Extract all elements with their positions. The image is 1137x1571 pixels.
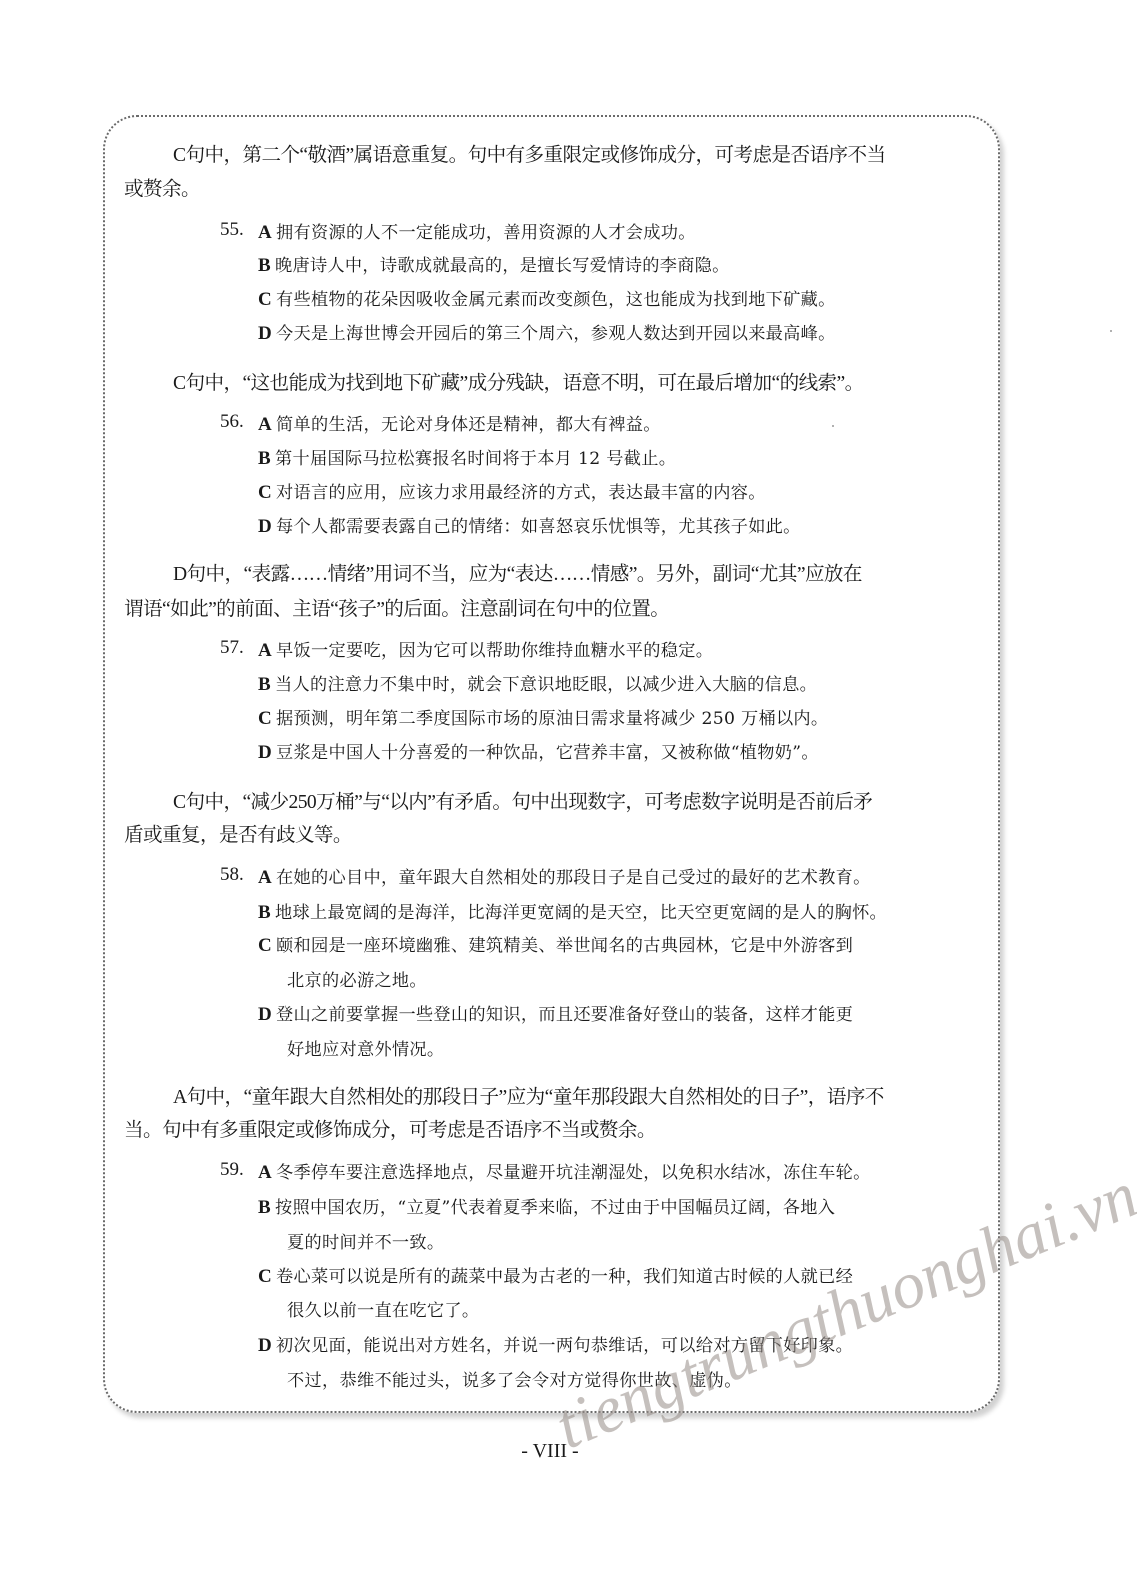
page-number: - VIII - [0, 1440, 1100, 1463]
option-letter: B [258, 448, 271, 469]
option-text: 有些植物的花朵因吸收金属元素而改变颜色，这也能成为找到地下矿藏。 [276, 290, 836, 310]
option-a: A拥有资源的人不一定能成功，善用资源的人才会成功。 [258, 218, 696, 244]
option-d: D豆浆是中国人十分喜爱的一种饮品，它营养丰富，又被称做“植物奶”。 [258, 738, 819, 764]
option-text: 对语言的应用，应该力求用最经济的方式，表达最丰富的内容。 [276, 483, 766, 503]
option-text: 按照中国农历，“立夏”代表着夏季来临，不过由于中国幅员辽阔，各地入 [275, 1198, 835, 1218]
option-letter: A [258, 867, 272, 888]
option-c: C据预测，明年第二季度国际市场的原油日需求量将减少 250 万桶以内。 [258, 704, 828, 730]
option-letter: A [258, 640, 272, 661]
option-letter: C [258, 482, 272, 503]
explanation-prev-line-1: C句中，第二个“敬酒”属语意重复。句中有多重限定或修饰成分，可考虑是否语序不当 [173, 138, 885, 167]
option-b: B晚唐诗人中，诗歌成就最高的，是擅长写爱情诗的李商隐。 [258, 251, 730, 277]
option-b: B当人的注意力不集中时，就会下意识地眨眼，以减少进入大脑的信息。 [258, 670, 817, 696]
option-text: 在她的心目中，童年跟大自然相处的那段日子是自己受过的最好的艺术教育。 [276, 868, 871, 888]
option-text: 登山之前要掌握一些登山的知识，而且还要准备好登山的装备，这样才能更 [276, 1005, 853, 1025]
option-b: B第十届国际马拉松赛报名时间将于本月 12 号截止。 [258, 444, 676, 470]
question-number: 57. [220, 637, 244, 659]
option-text: 简单的生活，无论对身体还是精神，都大有裨益。 [276, 415, 661, 435]
explanation-55: C句中，“这也能成为找到地下矿藏”成分残缺，语意不明，可在最后增加“的线索”。 [173, 366, 864, 395]
option-text: 当人的注意力不集中时，就会下意识地眨眼，以减少进入大脑的信息。 [275, 675, 817, 695]
explanation-prev-line-2: 或赘余。 [124, 172, 200, 201]
option-text: 冬季停车要注意选择地点，尽量避开坑洼潮湿处，以免积水结冰，冻住车轮。 [276, 1163, 871, 1183]
question-number: 59. [220, 1159, 244, 1181]
option-a: A在她的心目中，童年跟大自然相处的那段日子是自己受过的最好的艺术教育。 [258, 863, 871, 889]
option-text: 地球上最宽阔的是海洋，比海洋更宽阔的是天空，比天空更宽阔的是人的胸怀。 [275, 903, 887, 923]
option-c: C对语言的应用，应该力求用最经济的方式，表达最丰富的内容。 [258, 478, 766, 504]
explanation-58-line-2: 当。句中有多重限定或修饰成分，可考虑是否语序不当或赘余。 [124, 1113, 656, 1142]
option-b: B地球上最宽阔的是海洋，比海洋更宽阔的是天空，比天空更宽阔的是人的胸怀。 [258, 898, 887, 924]
question-number: 58. [220, 864, 244, 886]
option-text: 拥有资源的人不一定能成功，善用资源的人才会成功。 [276, 223, 696, 243]
option-text: 第十届国际马拉松赛报名时间将于本月 12 号截止。 [275, 449, 676, 469]
option-letter: C [258, 935, 272, 956]
option-c: C颐和园是一座环境幽雅、建筑精美、举世闻名的古典园林，它是中外游客到 [258, 931, 853, 957]
scan-speck [832, 425, 834, 427]
option-b-continuation: 夏的时间并不一致。 [287, 1228, 444, 1253]
option-b: B按照中国农历，“立夏”代表着夏季来临，不过由于中国幅员辽阔，各地入 [258, 1193, 835, 1219]
option-text: 颐和园是一座环境幽雅、建筑精美、举世闻名的古典园林，它是中外游客到 [276, 936, 853, 956]
option-letter: A [258, 414, 272, 435]
option-letter: B [258, 1197, 271, 1218]
explanation-56-line-2: 谓语“如此”的前面、主语“孩子”的后面。注意副词在句中的位置。 [124, 592, 669, 621]
scan-speck [1110, 330, 1112, 332]
question-number: 56. [220, 411, 244, 433]
option-c: C有些植物的花朵因吸收金属元素而改变颜色，这也能成为找到地下矿藏。 [258, 285, 836, 311]
option-d: D登山之前要掌握一些登山的知识，而且还要准备好登山的装备，这样才能更 [258, 1000, 853, 1026]
option-letter: A [258, 1162, 272, 1183]
option-letter: D [258, 323, 272, 344]
option-letter: D [258, 516, 272, 537]
option-letter: C [258, 289, 272, 310]
option-letter: C [258, 708, 272, 729]
option-c-continuation: 北京的必游之地。 [287, 966, 427, 991]
option-text: 豆浆是中国人十分喜爱的一种饮品，它营养丰富，又被称做“植物奶”。 [276, 743, 819, 763]
option-d: D每个人都需要表露自己的情绪：如喜怒哀乐忧惧等，尤其孩子如此。 [258, 512, 801, 538]
option-c-continuation: 很久以前一直在吃它了。 [287, 1296, 479, 1321]
option-a: A简单的生活，无论对身体还是精神，都大有裨益。 [258, 410, 661, 436]
explanation-57-line-2: 盾或重复，是否有歧义等。 [124, 818, 352, 847]
option-text: 晚唐诗人中，诗歌成就最高的，是擅长写爱情诗的李商隐。 [275, 256, 730, 276]
option-letter: D [258, 1004, 272, 1025]
option-d: D今天是上海世博会开园后的第三个周六，参观人数达到开园以来最高峰。 [258, 319, 836, 345]
option-a: A冬季停车要注意选择地点，尽量避开坑洼潮湿处，以免积水结冰，冻住车轮。 [258, 1158, 871, 1184]
option-text: 今天是上海世博会开园后的第三个周六，参观人数达到开园以来最高峰。 [276, 324, 836, 344]
option-text: 每个人都需要表露自己的情绪：如喜怒哀乐忧惧等，尤其孩子如此。 [276, 517, 801, 537]
explanation-58-line-1: A句中，“童年跟大自然相处的那段日子”应为“童年那段跟大自然相处的日子”，语序不 [173, 1080, 884, 1109]
option-letter: C [258, 1266, 272, 1287]
option-text: 据预测，明年第二季度国际市场的原油日需求量将减少 250 万桶以内。 [276, 709, 828, 729]
option-letter: A [258, 222, 272, 243]
option-letter: D [258, 742, 272, 763]
question-number: 55. [220, 219, 244, 241]
option-a: A早饭一定要吃，因为它可以帮助你维持血糖水平的稳定。 [258, 636, 713, 662]
explanation-57-line-1: C句中，“减少250万桶”与“以内”有矛盾。句中出现数字，可考虑数字说明是否前后… [173, 785, 872, 814]
option-c: C卷心菜可以说是所有的蔬菜中最为古老的一种，我们知道古时候的人就已经 [258, 1262, 853, 1288]
option-d-continuation: 好地应对意外情况。 [287, 1035, 444, 1060]
option-letter: D [258, 1335, 272, 1356]
option-letter: B [258, 674, 271, 695]
option-text: 卷心菜可以说是所有的蔬菜中最为古老的一种，我们知道古时候的人就已经 [276, 1267, 853, 1287]
option-letter: B [258, 255, 271, 276]
explanation-56-line-1: D句中，“表露……情绪”用词不当，应为“表达……情感”。另外，副词“尤其”应放在 [173, 557, 862, 586]
option-text: 早饭一定要吃，因为它可以帮助你维持血糖水平的稳定。 [276, 641, 713, 661]
option-letter: B [258, 902, 271, 923]
